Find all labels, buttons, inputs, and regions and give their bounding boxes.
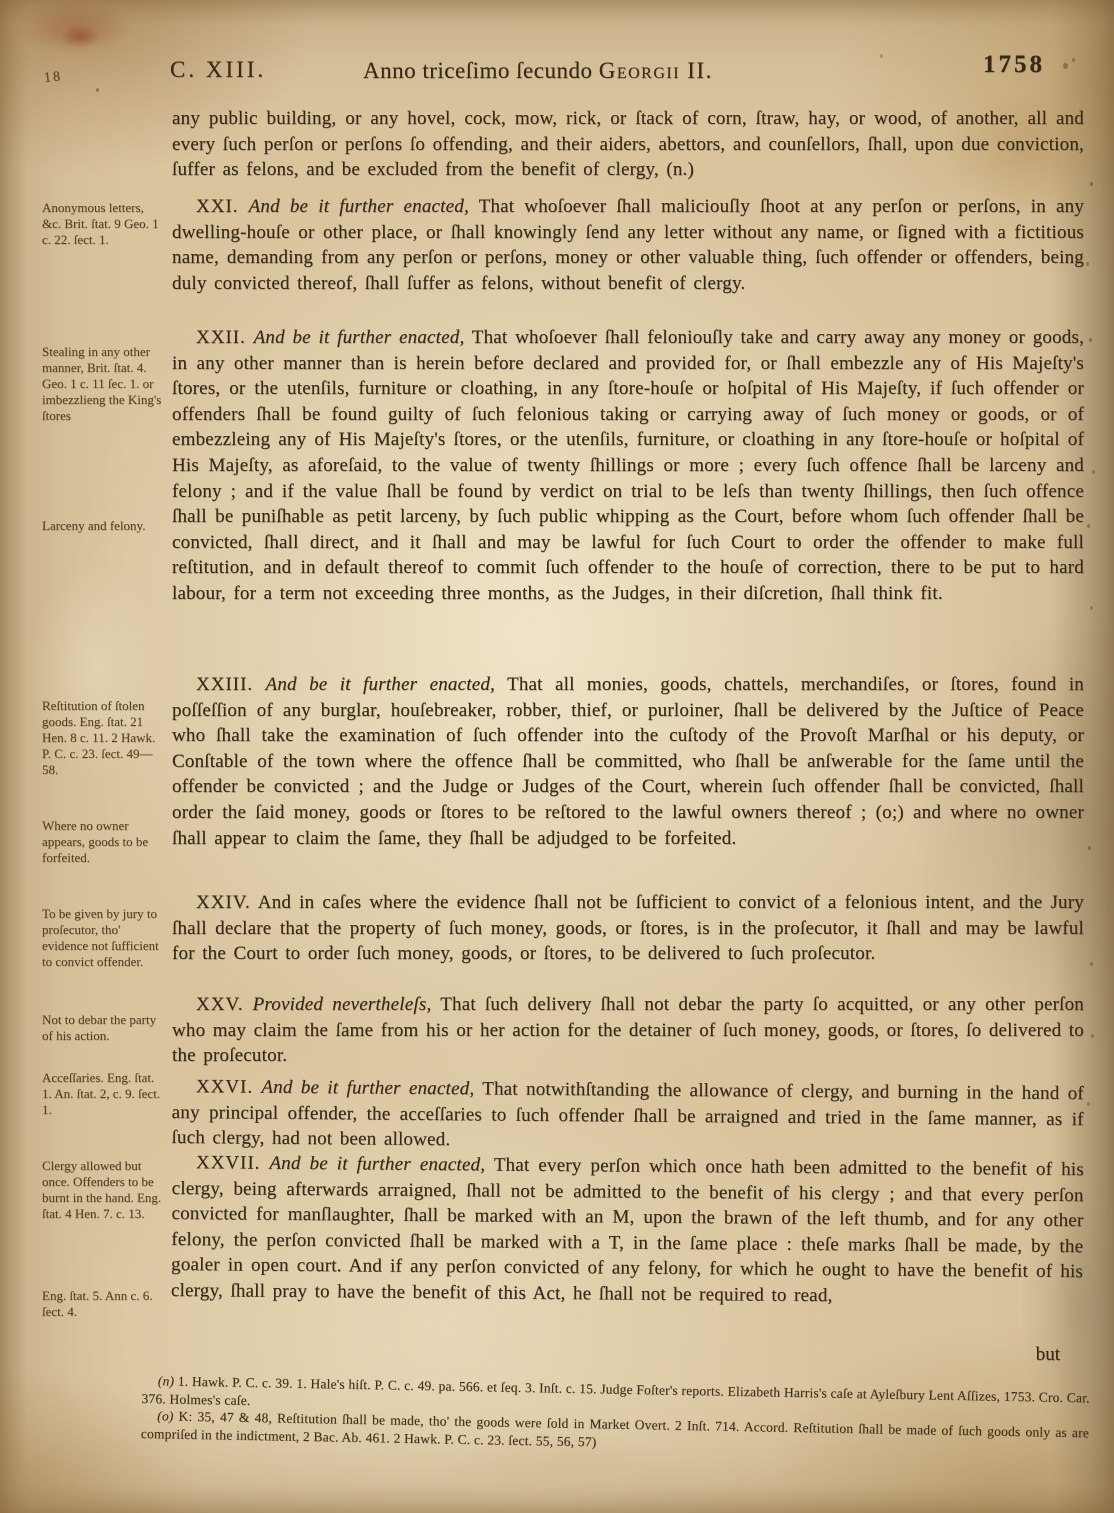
margin-note: Stealing in any other manner, Brit. ſtat… — [42, 344, 162, 424]
chapter-heading: C. XIII. — [170, 57, 266, 83]
section-number: XXII. — [196, 327, 246, 348]
margin-note: Acceſſaries. Eng. ſtat. 1. An. ſtat. 2, … — [42, 1070, 162, 1118]
footnotes: (n) 1. Hawk. P. C. c. 39. 1. Hale's hiſt… — [141, 1372, 1090, 1459]
proviso-clause: Provided nevertheleſs, — [253, 994, 432, 1015]
running-title-monarch: Georgii II. — [599, 58, 713, 83]
section-xxiv: XXIV. And in caſes where the evidence ſh… — [172, 890, 1084, 967]
section-xxvii: XXVII. And be it further enacted, That e… — [171, 1150, 1084, 1311]
section-number: XXV. — [196, 994, 243, 1015]
margin-note: Larceny and felony. — [42, 518, 162, 534]
section-xxii: XXII. And be it further enacted, That wh… — [172, 325, 1084, 607]
paper-stain — [14, 2, 134, 54]
enacting-clause: And be it further enacted, — [254, 327, 465, 348]
section-xxi: XXI. And be it further enacted, That who… — [172, 194, 1084, 296]
paragraph-text: any public building, or any hovel, cock,… — [172, 108, 1084, 180]
margin-note: Where no owner appears, goods to be forf… — [42, 818, 162, 866]
section-xxv: XXV. Provided nevertheleſs, That ſuch de… — [172, 992, 1084, 1069]
section-xxiii: XXIII. And be it further enacted, That a… — [172, 672, 1084, 851]
paragraph-text: And in caſes where the evidence ſhall no… — [172, 892, 1084, 964]
enacting-clause: And be it further enacted, — [266, 674, 495, 695]
catchword: but — [1000, 1344, 1060, 1366]
running-title: Anno triceſimo ſecundo Georgii II. — [363, 58, 713, 84]
statute-book-page: 18 C. XIII. Anno triceſimo ſecundo Georg… — [0, 0, 1114, 1513]
section-number: XXVI. — [196, 1076, 253, 1097]
paragraph-text: That every perſon which once hath been a… — [171, 1155, 1084, 1307]
section-number: XXI. — [196, 196, 239, 217]
margin-note: Eng. ſtat. 5. Ann c. 6. ſect. 4. — [42, 1288, 162, 1320]
enacting-clause: And be it further enacted, — [269, 1153, 485, 1176]
paper-stain — [60, 26, 100, 48]
enacting-clause: And be it further enacted, — [249, 196, 469, 217]
margin-note: To be given by jury to proſecutor, tho' … — [42, 906, 162, 970]
section-xxvi: XXVI. And be it further enacted, That no… — [171, 1074, 1084, 1158]
margin-note: Reſtitution of ſtolen goods. Eng. ſtat. … — [42, 698, 162, 778]
folio-page-number: 18 — [43, 69, 63, 87]
footnote-text: 1. Hawk. P. C. c. 39. 1. Hale's hiſt. P.… — [141, 1374, 1089, 1408]
section-number: XXVII. — [196, 1152, 261, 1174]
margin-note: Not to debar the party of his action. — [42, 1012, 162, 1044]
year-heading: 1758 — [983, 51, 1045, 79]
ink-specks — [0, 0, 3, 4]
footnote-mark: (n) — [158, 1373, 175, 1388]
section-number: XXIII. — [196, 674, 253, 695]
margin-note: Anonymous letters, &c. Brit. ſtat. 9 Geo… — [42, 200, 162, 248]
section-number: XXIV. — [196, 892, 251, 913]
running-title-prefix: Anno triceſimo ſecundo — [363, 58, 592, 83]
paragraph-text: That whoſoever ſhall feloniouſly take an… — [172, 327, 1084, 604]
paragraph-continuation: any public building, or any hovel, cock,… — [172, 106, 1084, 183]
paragraph-text: That all monies, goods, chattels, mercha… — [172, 674, 1084, 849]
footnote-mark: (o) — [157, 1408, 174, 1423]
enacting-clause: And be it further enacted, — [261, 1077, 474, 1100]
margin-note: Clergy allowed but once. Offenders to be… — [42, 1158, 162, 1222]
